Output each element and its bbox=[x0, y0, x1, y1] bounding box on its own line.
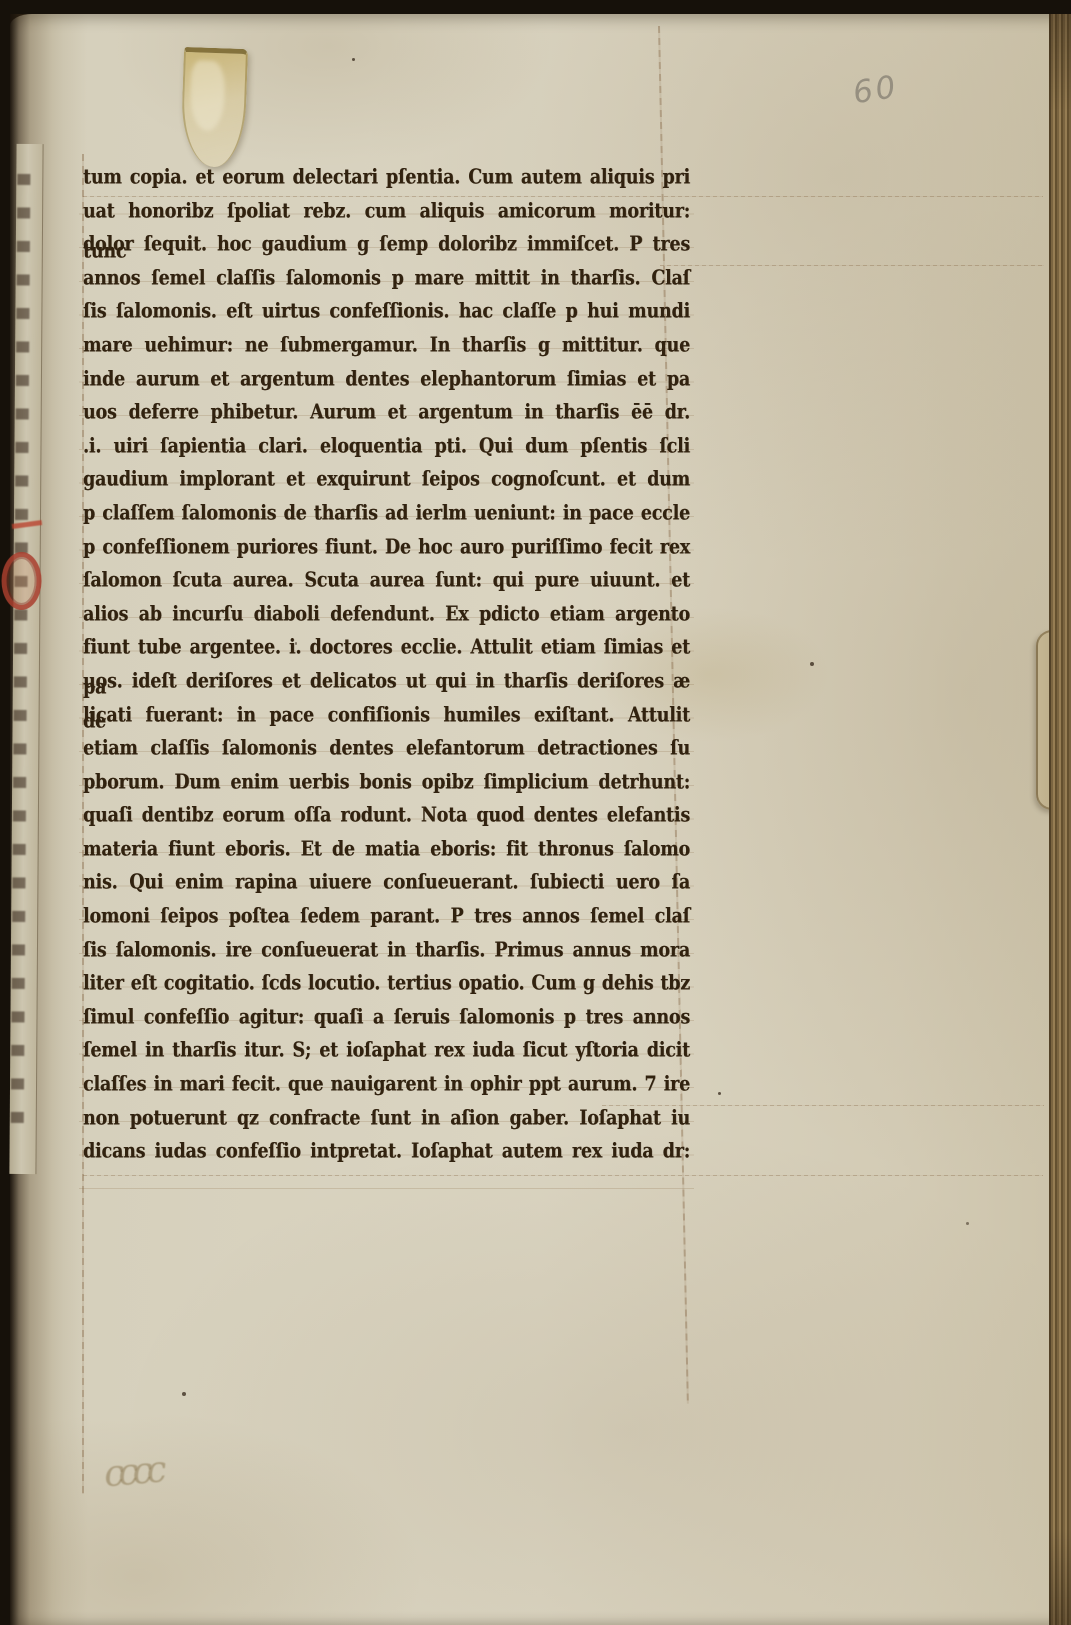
ink-speck bbox=[182, 1392, 186, 1396]
ruling-horizontal-bottom-2 bbox=[83, 1175, 1043, 1176]
manuscript-photo: tum copia. et eorum delectari pſentia. C… bbox=[0, 0, 1071, 1625]
ink-speck bbox=[718, 1092, 721, 1095]
folio-number: 60 bbox=[850, 69, 901, 112]
ruling-horizontal-top-2 bbox=[660, 265, 1044, 266]
pen-trials: cccc bbox=[102, 1450, 162, 1496]
vellum-tab-top bbox=[180, 47, 248, 168]
ink-speck bbox=[352, 58, 355, 61]
text-block: tum copia. et eorum delectari pſentia. C… bbox=[83, 161, 690, 1169]
ink-speck bbox=[966, 1222, 969, 1225]
ink-speck bbox=[810, 662, 814, 666]
ink-speck bbox=[295, 642, 297, 645]
decorated-initial-fragment bbox=[1, 552, 41, 610]
book-fore-edge bbox=[1049, 14, 1071, 1625]
text-line: dicans iudas confeſſio intpretat. Ioſaph… bbox=[83, 1132, 690, 1172]
manuscript-page: tum copia. et eorum delectari pſentia. C… bbox=[10, 14, 1071, 1625]
